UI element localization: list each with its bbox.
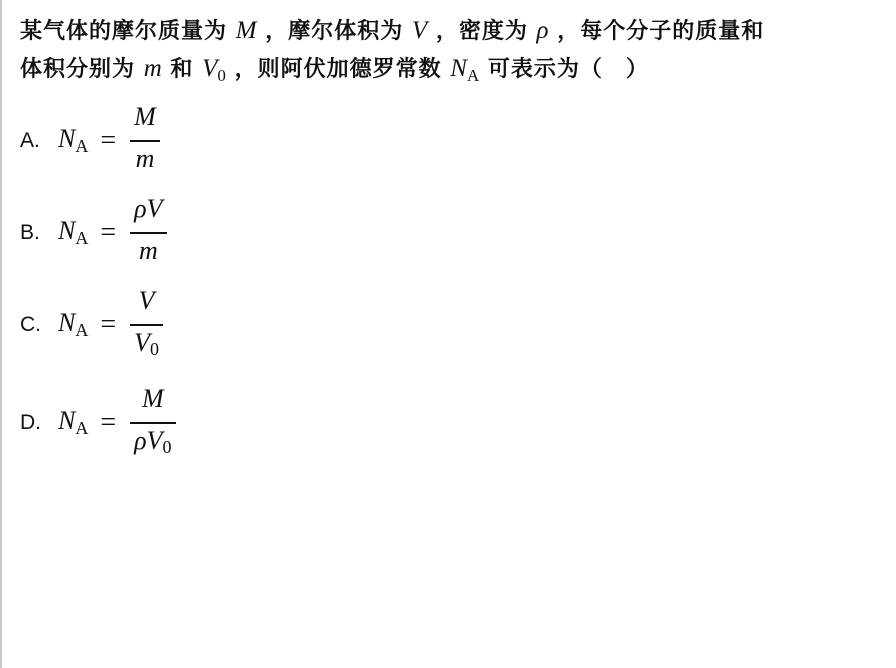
math-base: ρV: [134, 426, 162, 455]
fraction: M ρV0: [130, 384, 175, 462]
question-stem: 某气体的摩尔质量为 M ，摩尔体积为 V ，密度为 ρ ，每个分子的质量和 体积…: [20, 12, 890, 95]
equals-sign: =: [100, 217, 116, 249]
question-line-1: 某气体的摩尔质量为 M ，摩尔体积为 V ，密度为 ρ ，每个分子的质量和: [20, 12, 890, 50]
denominator: m: [135, 234, 162, 272]
math-base: V: [139, 286, 155, 315]
stem-text: 某气体的摩尔质量为: [20, 18, 227, 44]
option-label: B.: [20, 221, 58, 245]
math-base: N: [58, 406, 75, 435]
math-subscript: 0: [150, 339, 159, 359]
option-label: C.: [20, 313, 58, 337]
math-var-V: V: [412, 17, 427, 44]
stem-text: 和: [170, 56, 193, 82]
math-var-M: M: [236, 17, 257, 44]
formula-lhs: NA: [58, 216, 88, 249]
math-var-m: m: [144, 55, 162, 82]
math-var-rho: ρ: [537, 17, 549, 44]
math-base: N: [58, 124, 75, 153]
math-base: M: [142, 384, 164, 413]
math-base: N: [58, 216, 75, 245]
math-var-V0: V0: [202, 55, 226, 82]
math-base: N: [58, 308, 75, 337]
formula-lhs: NA: [58, 308, 88, 341]
math-subscript: A: [75, 418, 88, 438]
option-d[interactable]: D. NA = M ρV0: [20, 384, 176, 462]
math-base: V: [134, 328, 150, 357]
stem-text: 可表示为（ ）: [488, 56, 649, 82]
stem-text: ，则阿伏加德罗常数: [235, 56, 442, 82]
equals-sign: =: [100, 125, 116, 157]
math-base: m: [136, 144, 155, 173]
fraction: ρV m: [130, 194, 166, 272]
option-label: A.: [20, 129, 58, 153]
numerator: ρV: [130, 194, 166, 232]
numerator: M: [130, 102, 160, 140]
option-a[interactable]: A. NA = M m: [20, 102, 160, 180]
stem-text: ，密度为: [436, 18, 528, 44]
option-label: D.: [20, 411, 58, 435]
denominator: m: [132, 142, 159, 180]
math-subscript: A: [75, 228, 88, 248]
math-subscript: A: [75, 320, 88, 340]
numerator: V: [135, 286, 159, 324]
denominator: V0: [130, 326, 163, 364]
math-base: ρV: [134, 194, 162, 223]
math-subscript: 0: [217, 66, 226, 85]
math-var-NA: NA: [450, 55, 479, 82]
math-base: M: [134, 102, 156, 131]
math-subscript: A: [75, 136, 88, 156]
math-base: N: [450, 55, 467, 82]
option-c[interactable]: C. NA = V V0: [20, 286, 163, 364]
equals-sign: =: [100, 309, 116, 341]
formula-lhs: NA: [58, 124, 88, 157]
denominator: ρV0: [130, 424, 175, 462]
math-base: V: [202, 55, 217, 82]
stem-text: ，每个分子的质量和: [557, 18, 764, 44]
stem-text: ，摩尔体积为: [265, 18, 403, 44]
option-b[interactable]: B. NA = ρV m: [20, 194, 167, 272]
question-line-2: 体积分别为 m 和 V0 ，则阿伏加德罗常数 NA 可表示为（ ）: [20, 50, 890, 95]
math-subscript: 0: [163, 437, 172, 457]
math-base: m: [139, 236, 158, 265]
math-subscript: A: [467, 66, 479, 85]
equals-sign: =: [100, 407, 116, 439]
fraction: M m: [130, 102, 160, 180]
numerator: M: [138, 384, 168, 422]
formula-lhs: NA: [58, 406, 88, 439]
fraction: V V0: [130, 286, 163, 364]
stem-text: 体积分别为: [20, 56, 135, 82]
